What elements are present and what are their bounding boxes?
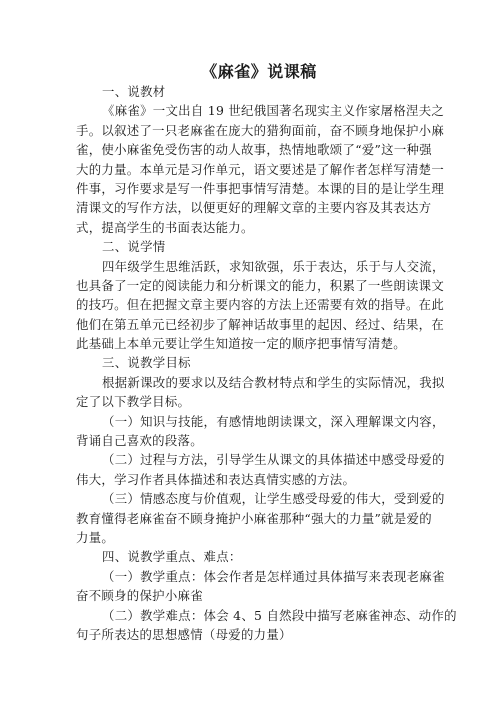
paragraph-line: 件事，习作要求是写一件事把事情写清楚。本课的目的是让学生理 (76, 179, 450, 198)
paragraph-line: 教育懂得老麻雀奋不顾身掩护小麻雀那种“强大的力量”就是爱的 (76, 509, 450, 528)
document-page: 《麻雀》说课稿 一、说教材 《麻雀》一文出自 19 世纪俄国著名现实主义作家屠格… (76, 62, 450, 644)
section-heading: 四、说教学重点、难点： (76, 547, 450, 566)
paragraph-line: 《麻雀》一文出自 19 世纪俄国著名现实主义作家屠格涅夫之 (76, 101, 450, 120)
paragraph-line: （三）情感态度与价值观，让学生感受母爱的伟大，受到爱的 (76, 489, 450, 508)
section-teaching-objectives: 三、说教学目标 根据新课改的要求以及结合教材特点和学生的实际情况，我拟 定了以下… (76, 353, 450, 547)
paragraph-line: 也具备了一定的阅读能力和分析课文的能力，积累了一些朗读课文 (76, 276, 450, 295)
paragraph-line: 手。以叙述了一只老麻雀在庞大的猎狗面前，奋不顾身地保护小麻 (76, 121, 450, 140)
section-teaching-material: 一、说教材 《麻雀》一文出自 19 世纪俄国著名现实主义作家屠格涅夫之 手。以叙… (76, 82, 450, 237)
section-key-points: 四、说教学重点、难点： （一）教学重点：体会作者是怎样通过具体描写来表现老麻雀 … (76, 547, 450, 644)
paragraph-line: 伟大，学习作者具体描述和表达真情实感的方法。 (76, 470, 450, 489)
paragraph-line: 大的力量。本单元是习作单元，语文要述是了解作者怎样写清楚一 (76, 160, 450, 179)
section-student-analysis: 二、说学情 四年级学生思维活跃，求知欲强，乐于表达，乐于与人交流， 也具备了一定… (76, 237, 450, 353)
paragraph-line: （一）知识与技能，有感情地朗读课文，深入理解课文内容， (76, 412, 450, 431)
paragraph-line: 力量。 (76, 528, 450, 547)
paragraph-line: 四年级学生思维活跃，求知欲强，乐于表达，乐于与人交流， (76, 257, 450, 276)
paragraph-line: 的技巧。但在把握文章主要内容的方法上还需要有效的指导。在此 (76, 295, 450, 314)
paragraph-line: （二）过程与方法，引导学生从课文的具体描述中感受母爱的 (76, 450, 450, 469)
section-heading: 二、说学情 (76, 237, 450, 256)
paragraph-line: 奋不顾身的保护小麻雀 (76, 586, 450, 605)
section-heading: 一、说教材 (76, 82, 450, 101)
paragraph-line: 此基础上本单元要让学生知道按一定的顺序把事情写清楚。 (76, 334, 450, 353)
section-heading: 三、说教学目标 (76, 353, 450, 372)
paragraph-line: （二）教学难点：体会 4、5 自然段中描写老麻雀神态、动作的 (76, 606, 450, 625)
paragraph-line: 式，提高学生的书面表达能力。 (76, 218, 450, 237)
paragraph-line: （一）教学重点：体会作者是怎样通过具体描写来表现老麻雀 (76, 567, 450, 586)
paragraph-line: 根据新课改的要求以及结合教材特点和学生的实际情况，我拟 (76, 373, 450, 392)
paragraph-line: 定了以下教学目标。 (76, 392, 450, 411)
document-title: 《麻雀》说课稿 (68, 62, 450, 82)
paragraph-line: 他们在第五单元已经初步了解神话故事里的起因、经过、结果，在 (76, 315, 450, 334)
paragraph-line: 句子所表达的思想感情（母爱的力量） (76, 625, 450, 644)
paragraph-line: 背诵自己喜欢的段落。 (76, 431, 450, 450)
paragraph-line: 雀，使小麻雀免受伤害的动人故事，热情地歌颂了“爱”这一种强 (76, 140, 450, 159)
paragraph-line: 清课文的写作方法，以便更好的理解文章的主要内容及其表达方 (76, 198, 450, 217)
